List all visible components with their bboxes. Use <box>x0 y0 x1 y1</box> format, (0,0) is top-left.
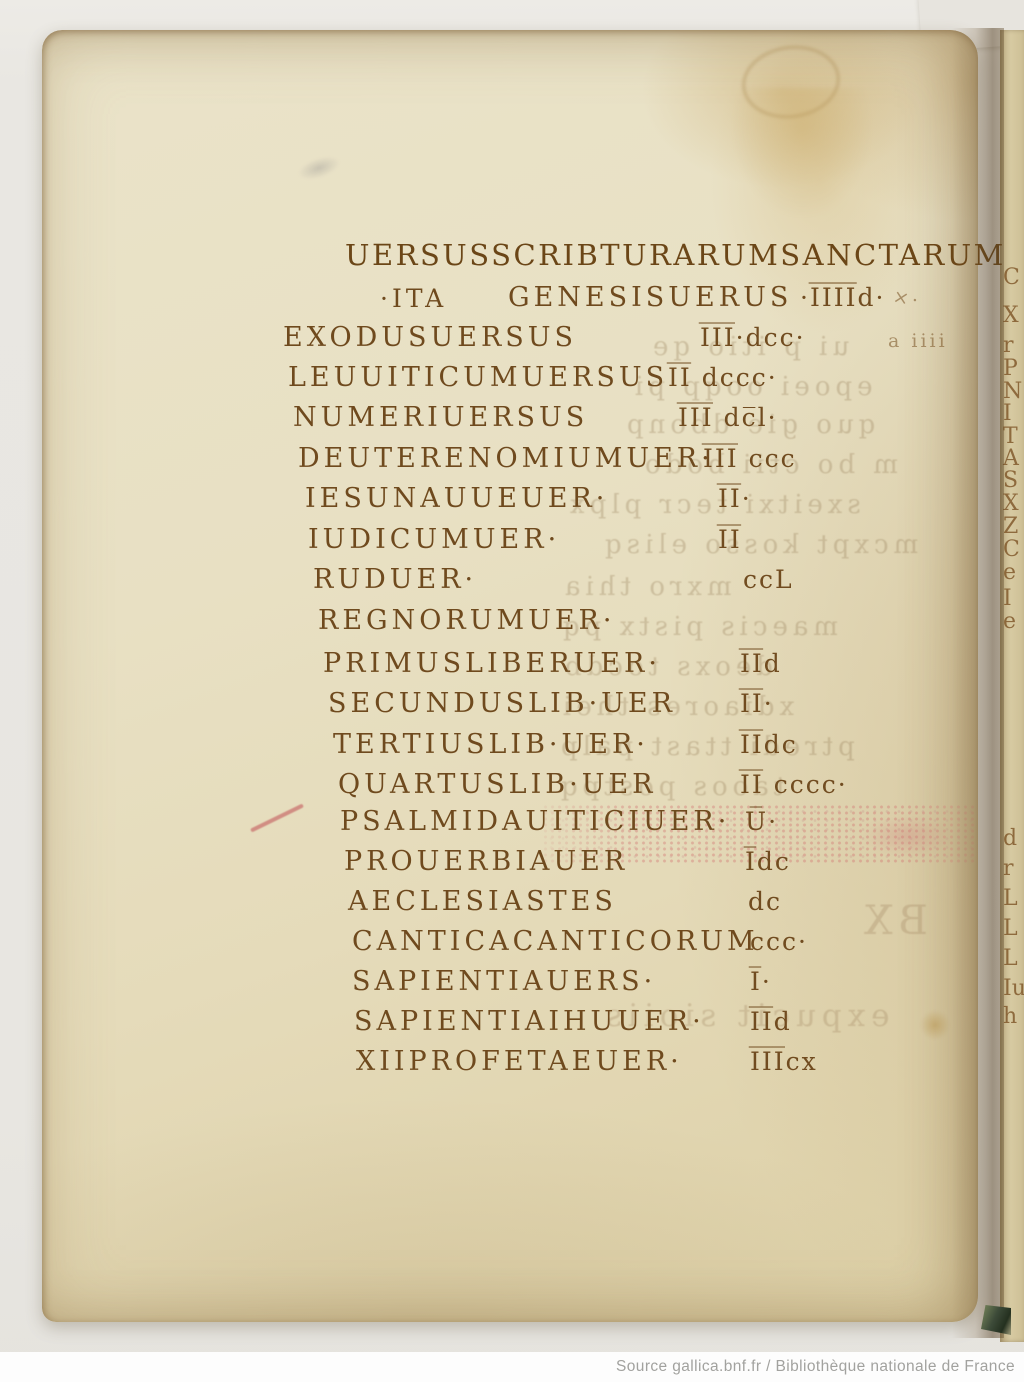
manuscript-line: SAPIENTIAUERS· I̅· <box>42 966 978 1002</box>
verse-count: I̅I̅· <box>718 484 752 513</box>
manuscript-line: DEUTERENOMIUMUER· I̅I̅I̅ ccc <box>42 443 978 479</box>
verse-count: I̅I̅ cccc· <box>740 770 848 799</box>
facing-page-sliver: C X r P N I T A S X Z C e I e d r L L L … <box>1000 30 1024 1342</box>
stain-wedge <box>732 88 872 218</box>
edge-letter: S <box>1003 468 1024 493</box>
book-name: PROUERBIAUER <box>344 846 628 877</box>
manuscript-line: PRIMUSLIBERUER· I̅I̅d <box>42 648 978 684</box>
edge-letter: d <box>1003 826 1024 851</box>
verse-count: ccL <box>743 565 794 594</box>
manuscript-line: NUMERIUERSUS I̅I̅I̅ dc̅l· <box>42 402 978 438</box>
edge-letter: L <box>1003 916 1024 941</box>
book-name: SAPIENTIAUERS· <box>352 966 656 997</box>
edge-letter: I <box>1003 586 1024 611</box>
binding-clasp <box>981 1305 1011 1335</box>
edge-letter: L <box>1003 946 1024 971</box>
edge-letter: Iu <box>1003 976 1024 1001</box>
manuscript-line: RUDUER· ccL <box>42 564 978 600</box>
book-name: IESUNAUUEUER· <box>305 483 608 514</box>
edge-letter: r <box>1003 333 1024 358</box>
manuscript-line: CANTICACANTICORUM ccc· <box>42 926 978 962</box>
verse-count: I̅I̅ dccc· <box>668 363 778 392</box>
parchment-page: ui p itio qe epoei ooqp pi quo gie dbonp… <box>42 30 978 1322</box>
manuscript-line: PSALMIDAUITICIUER· U̅· <box>42 806 978 842</box>
edge-letter: L <box>1003 886 1024 911</box>
edge-letter: r <box>1003 856 1024 881</box>
manuscript-line: PROUERBIAUER I̅dc <box>42 846 978 882</box>
book-name: PSALMIDAUITICIUER· <box>340 806 730 837</box>
verse-count: I̅I̅I̅cx <box>750 1047 818 1076</box>
book-name: DEUTERENOMIUMUER· <box>298 443 714 474</box>
gallica-scan: { "manuscript": { "title": "UERSUSSCRIBT… <box>0 0 1024 1382</box>
verse-count: I̅I̅I̅ ccc <box>703 444 797 473</box>
book-name: AECLESIASTES <box>348 886 617 917</box>
book-name: REGNORUMUER· <box>318 605 615 636</box>
book-name: SAPIENTIAIHUUER· <box>354 1006 705 1037</box>
edge-letter: X <box>1003 491 1024 516</box>
manuscript-title: UERSUSSCRIBTURARUMSANCTARUM <box>345 238 1006 272</box>
book-name: IUDICUMUER· <box>308 524 560 555</box>
gallica-credit-bar: Source gallica.bnf.fr / Bibliothèque nat… <box>0 1352 1024 1382</box>
verse-count: ccc· <box>750 927 808 956</box>
source-credit: Source gallica.bnf.fr / Bibliothèque nat… <box>616 1352 1015 1382</box>
manuscript-line: LEUUITICUMUERSUS I̅I̅ dccc· <box>42 362 978 398</box>
manuscript-line: SAPIENTIAIHUUER· I̅I̅d <box>42 1006 978 1042</box>
book-name: NUMERIUERSUS <box>293 402 588 433</box>
verse-count: ·I̅I̅I̅I̅d· <box>800 283 885 312</box>
edge-letter: I <box>1003 401 1024 426</box>
edge-letter: P <box>1003 356 1024 381</box>
edge-letter: e <box>1003 560 1024 585</box>
manuscript-line: QUARTUSLIB·UER I̅I̅ cccc· <box>42 769 978 805</box>
book-name: EXODUSUERSUS <box>283 322 577 353</box>
edge-letter: C <box>1003 265 1024 290</box>
book-name: SECUNDUSLIB·UER <box>328 688 676 719</box>
book-name: GENESISUERUS <box>508 282 792 313</box>
manuscript-line: IESUNAUUEUER· I̅I̅· <box>42 483 978 519</box>
manuscript-line: AECLESIASTES dc <box>42 886 978 922</box>
verse-count: I̅I̅I̅ dc̅l· <box>678 403 778 432</box>
book-name: XIIPROFETAEUER· <box>356 1046 683 1077</box>
verse-count: I̅I̅I̅·dcc· <box>700 323 806 352</box>
ita-label: ·ITA <box>380 284 447 313</box>
edge-letter: e <box>1003 609 1024 634</box>
verse-count: I̅I̅d <box>750 1007 792 1036</box>
manuscript-line-genesis: ·ITA GENESISUERUS ·I̅I̅I̅I̅d· <box>42 282 978 318</box>
book-name: LEUUITICUMUERSUS <box>288 362 668 393</box>
book-name: TERTIUSLIB·UER· <box>333 729 649 760</box>
book-name: PRIMUSLIBERUER· <box>323 648 661 679</box>
verse-count: dc <box>748 887 782 916</box>
manuscript-line: TERTIUSLIB·UER· I̅I̅dc <box>42 729 978 765</box>
pencil-smudge <box>295 152 343 185</box>
book-name: RUDUER· <box>313 564 477 595</box>
verse-count: I̅I̅ <box>718 525 742 554</box>
manuscript-line: REGNORUMUER· <box>42 605 978 641</box>
verse-count: I̅I̅dc <box>740 730 798 759</box>
book-name: QUARTUSLIB·UER <box>338 769 657 800</box>
verse-count: U̅· <box>745 807 778 836</box>
manuscript-photo: C X r P N I T A S X Z C e I e d r L L L … <box>0 0 1024 1352</box>
manuscript-line: XIIPROFETAEUER· I̅I̅I̅cx <box>42 1046 978 1082</box>
edge-letter: C <box>1003 537 1024 562</box>
edge-letter: X <box>1003 303 1024 328</box>
verse-count: I̅I̅· <box>740 689 774 718</box>
manuscript-line: EXODUSUERSUS I̅I̅I̅·dcc· <box>42 322 978 358</box>
edge-letter: Z <box>1003 514 1024 539</box>
verse-count: I̅· <box>750 967 772 996</box>
edge-letter: h <box>1003 1004 1024 1029</box>
verse-count: I̅dc <box>745 847 791 876</box>
verse-count: I̅I̅d <box>740 649 782 678</box>
book-name: CANTICACANTICORUM <box>352 926 759 957</box>
manuscript-line: SECUNDUSLIB·UER I̅I̅· <box>42 688 978 724</box>
manuscript-line: IUDICUMUER· I̅I̅ <box>42 524 978 560</box>
